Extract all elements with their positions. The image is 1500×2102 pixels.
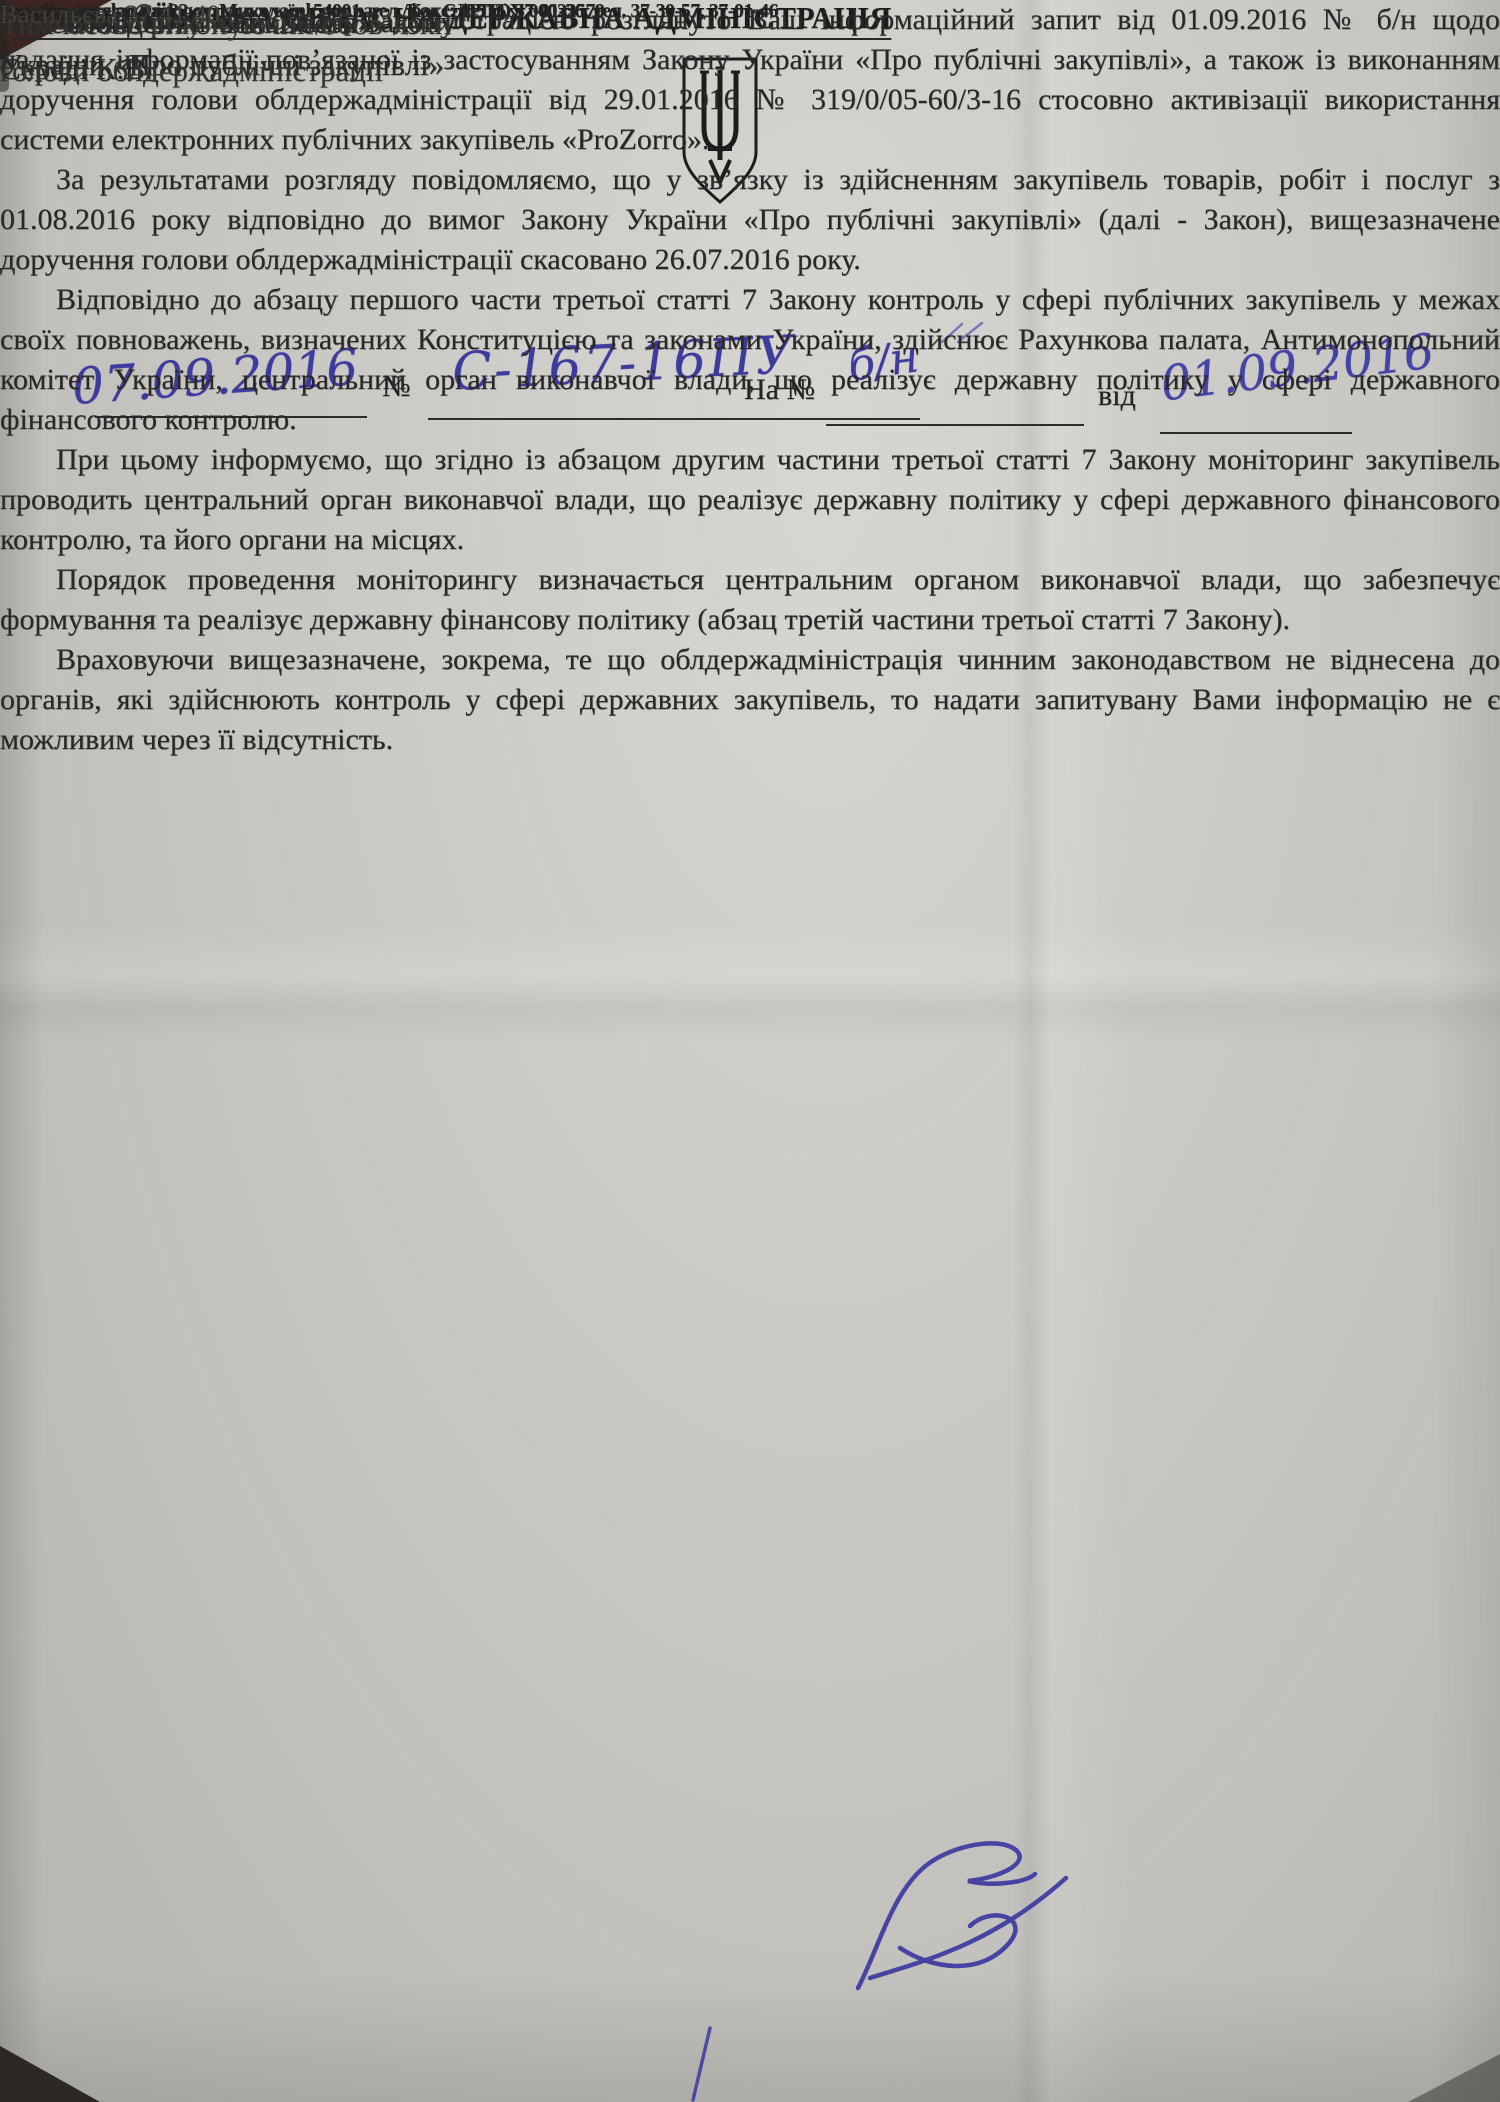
blue-pen-slash [688,2026,718,2102]
signer-position-line: голови облдержадміністрації [0,47,451,94]
letter-body: Миколаївською облдержадміністрацією розг… [0,0,1500,760]
body-paragraph: При цьому інформуємо, що згідно із абзац… [0,440,1500,560]
body-paragraph: За результатами розгляду повідомляємо, щ… [0,160,1500,280]
body-paragraph: Порядок проведення моніторингу визначаєт… [0,560,1500,640]
photo-corner-bottom-right [1408,2054,1500,2102]
executor-contact-line: Васильєва 37 41 40 [0,0,220,30]
handwritten-signature [838,1826,1083,2011]
letter-page: МИКОЛАЇВСЬКА ОБЛАСНА ДЕРЖАВНА АДМІНІСТРА… [0,0,1500,2102]
photo-corner-bottom-left [0,2046,100,2102]
body-paragraph: Відповідно до абзацу першого части треть… [0,280,1500,440]
body-paragraph: Враховуючи вищезазначене, зокрема, те що… [0,640,1500,760]
